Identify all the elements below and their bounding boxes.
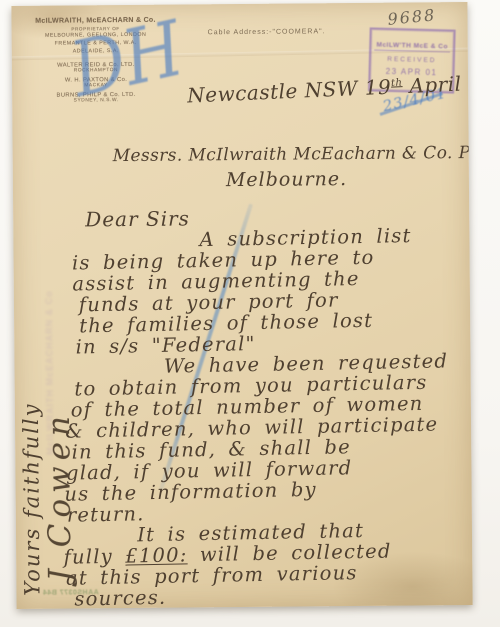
text-segment: return. <box>67 502 145 526</box>
addressee-line: Messrs. McIlwraith McEacharn & Co. Propy… <box>113 142 473 166</box>
stamp-company-line: McILW'TH McE & Co <box>374 42 450 53</box>
text-segment: th <box>391 77 403 88</box>
addressee-city: Melbourne. <box>226 168 347 191</box>
text-segment: Newcastle NSW 19 <box>187 75 392 108</box>
stamp-received-line: RECEIVED <box>371 55 453 64</box>
letter-paper: McILWRAITH, McEACHARN & Co. PROPRIETARY … <box>11 2 472 609</box>
scanned-letter-photo: McILWRAITH, McEACHARN & Co. PROPRIETARY … <box>0 0 500 627</box>
verso-stamp-bleed: McILWRAITH McEACHARN & Co <box>44 288 55 458</box>
text-segment: April 1901 <box>402 69 473 98</box>
text-segment: Messrs. McIlwraith McEacharn & Co. Prop <box>113 143 473 166</box>
cable-address: Cable Address:-"COOMERA". <box>162 28 372 37</box>
folio-number-annotation: 9688 <box>387 5 437 29</box>
catalog-label-bleed: AAHS0377 B44 <box>42 589 98 596</box>
letter-body: A subscription listis being taken up her… <box>69 224 472 609</box>
salutation: Dear Sirs <box>85 206 190 231</box>
text-segment: us the information by <box>64 478 317 506</box>
